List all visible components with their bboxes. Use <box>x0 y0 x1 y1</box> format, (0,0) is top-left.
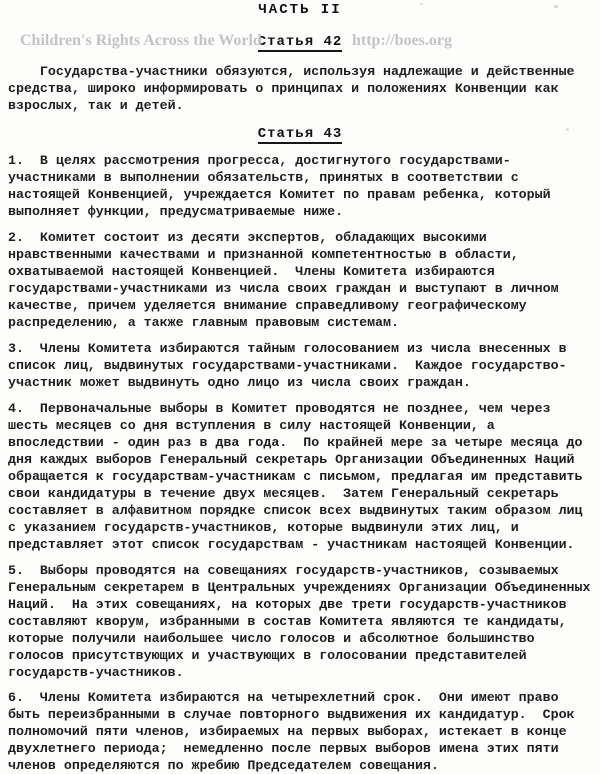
article-42-body: Государства-участники обязуются, использ… <box>8 63 600 114</box>
article-42-headline-row: Children's Rights Across the World Стать… <box>0 32 600 50</box>
article-43-paragraph-4: 4. Первоначальные выборы в Комитет прово… <box>8 400 600 553</box>
article-43-paragraph-6: 6. Члены Комитета избираются на четырехл… <box>8 689 600 774</box>
part-title: ЧАСТЬ II <box>0 2 600 19</box>
article-43-heading-row: Статья 43 <box>0 124 600 142</box>
watermark-site-url: http://boes.org <box>352 32 452 50</box>
article-43-paragraph-3: 3. Члены Комитета избираются тайным голо… <box>8 340 600 391</box>
article-43-paragraph-2: 2. Комитет состоит из десяти экспертов, … <box>8 229 600 331</box>
article-43-paragraph-1: 1. В целях рассмотрения прогресса, дости… <box>8 152 600 220</box>
scan-speck <box>420 3 423 5</box>
document-page: ЧАСТЬ II Children's Rights Across the Wo… <box>0 0 600 774</box>
article-42-heading: Статья 42 <box>258 34 343 52</box>
scan-speck <box>566 128 569 131</box>
watermark-site-name: Children's Rights Across the World <box>20 32 262 50</box>
scan-speck <box>554 5 558 8</box>
article-43-paragraph-5: 5. Выборы проводятся на совещаниях госуд… <box>8 562 600 681</box>
article-43-heading: Статья 43 <box>258 126 343 144</box>
